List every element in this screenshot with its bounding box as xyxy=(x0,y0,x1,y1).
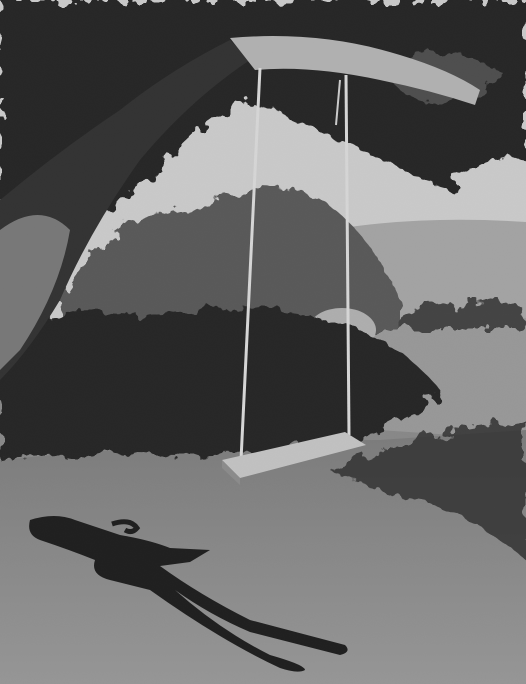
swing-scene xyxy=(0,0,526,684)
film-grain xyxy=(0,0,526,684)
photograph xyxy=(0,0,526,684)
